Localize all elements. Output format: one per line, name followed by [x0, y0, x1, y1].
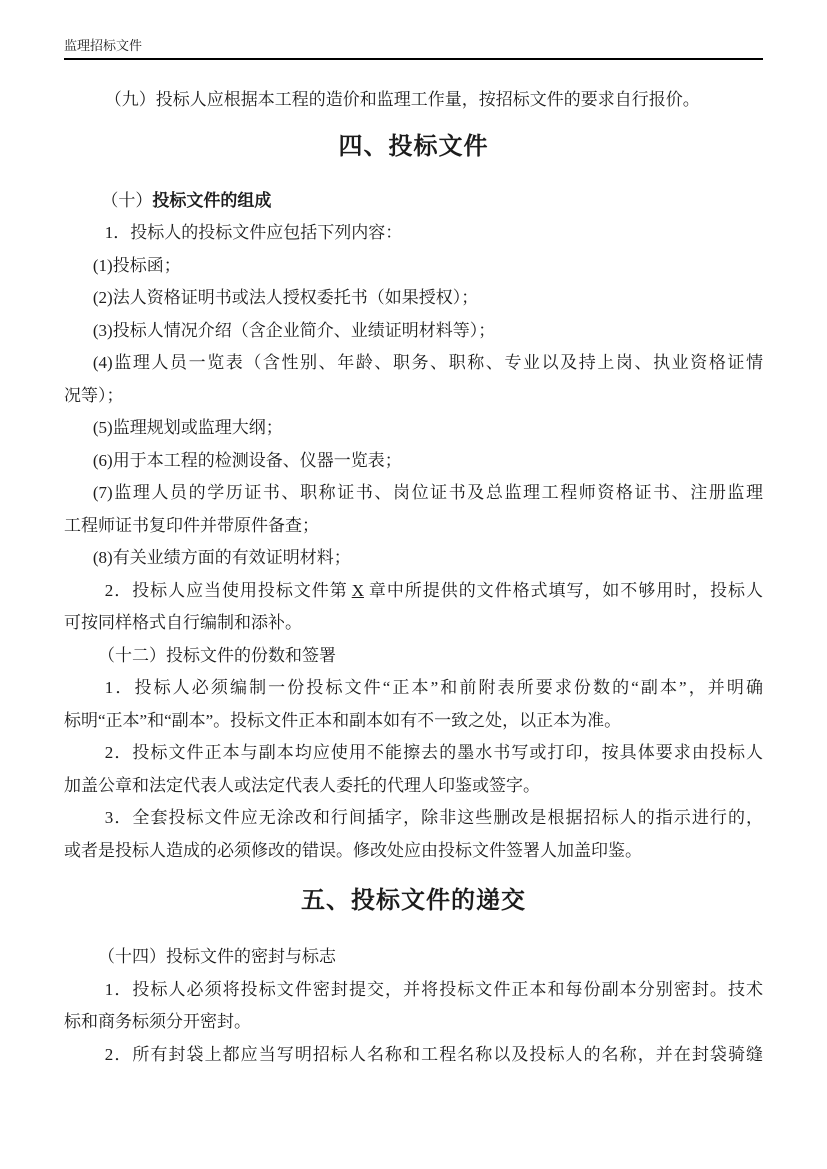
text-line: 工程师证书复印件并带原件备查；	[64, 510, 763, 543]
list-item-7: (7)监理人员的学历证书、职称证书、岗位证书及总监理工程师资格证书、注册监理工程…	[64, 477, 763, 542]
list-item-5: (5)监理规划或监理大纲；	[64, 412, 763, 445]
paragraph-sealing-1: 1．投标人必须将投标文件密封提交，并将投标文件正本和每份副本分别密封。技术标和商…	[64, 974, 763, 1039]
document-page: 监理招标文件 （九）投标人应根据本工程的造价和监理工作量，按招标文件的要求自行报…	[0, 0, 827, 1169]
paragraph-clause-9: （九）投标人应根据本工程的造价和监理工作量，按招标文件的要求自行报价。	[64, 84, 763, 117]
text-line: (4)监理人员一览表（含性别、年龄、职务、职称、专业以及持上岗、执业资格证情	[64, 347, 763, 380]
text-line: 2．所有封袋上都应当写明招标人名称和工程名称以及投标人的名称，并在封袋骑缝	[64, 1039, 763, 1072]
text-line: (1)投标函；	[64, 250, 763, 283]
section-14-heading: （十四）投标文件的密封与标志	[64, 941, 763, 974]
text-line: 加盖公章和法定代表人或法定代表人委托的代理人印鉴或签字。	[64, 770, 763, 803]
text-line: 1．投标人必须编制一份投标文件“正本”和前附表所要求份数的“副本”，并明确	[64, 672, 763, 705]
format-rule-line2: 可按同样格式自行编制和添补。	[64, 613, 302, 632]
page-header: 监理招标文件	[64, 38, 763, 60]
section-10-title: 投标文件的组成	[152, 191, 271, 210]
chapter-4-heading: 四、投标文件	[64, 129, 763, 165]
header-title: 监理招标文件	[64, 38, 142, 53]
paragraph-contents-intro: 1．投标人的投标文件应包括下列内容：	[64, 217, 763, 250]
format-rule-post: 章中所提供的文件格式填写，如不够用时，投标人	[368, 581, 763, 600]
text-line: (2)法人资格证明书或法人授权委托书（如果授权）；	[64, 282, 763, 315]
list-item-8: (8)有关业绩方面的有效证明材料；	[64, 542, 763, 575]
text-line: 1．投标人的投标文件应包括下列内容：	[64, 217, 763, 250]
list-item-2: (2)法人资格证明书或法人授权委托书（如果授权）；	[64, 282, 763, 315]
text-line: (6)用于本工程的检测设备、仪器一览表；	[64, 445, 763, 478]
text-line: (5)监理规划或监理大纲；	[64, 412, 763, 445]
paragraph-copies-3: 3．全套投标文件应无涂改和行间插字，除非这些删改是根据招标人的指示进行的，或者是…	[64, 802, 763, 867]
paragraph-format-rule: 2．投标人应当使用投标文件第X章中所提供的文件格式填写，如不够用时，投标人 可按…	[64, 575, 763, 640]
text-line: (3)投标人情况介绍（含企业简介、业绩证明材料等）；	[64, 315, 763, 348]
section-10-heading: （十）投标文件的组成	[64, 185, 763, 218]
text-line: 3．全套投标文件应无涂改和行间插字，除非这些删改是根据招标人的指示进行的，	[64, 802, 763, 835]
chapter-5-heading: 五、投标文件的递交	[64, 883, 763, 919]
list-item-3: (3)投标人情况介绍（含企业简介、业绩证明材料等）；	[64, 315, 763, 348]
paragraph-copies-2: 2．投标文件正本与副本均应使用不能擦去的墨水书写或打印，按具体要求由投标人加盖公…	[64, 737, 763, 802]
section-10-label: （十）	[101, 191, 152, 210]
list-item-4: (4)监理人员一览表（含性别、年龄、职务、职称、专业以及持上岗、执业资格证情况等…	[64, 347, 763, 412]
paragraph-sealing-2: 2．所有封袋上都应当写明招标人名称和工程名称以及投标人的名称，并在封袋骑缝	[64, 1039, 763, 1072]
text-line: 2．投标文件正本与副本均应使用不能擦去的墨水书写或打印，按具体要求由投标人	[64, 737, 763, 770]
format-rule-pre: 2．投标人应当使用投标文件第	[105, 581, 348, 600]
section-12-heading: （十二）投标文件的份数和签署	[64, 640, 763, 673]
section-12-label: （十二）投标文件的份数和签署	[98, 646, 336, 665]
text-line: 或者是投标人造成的必须修改的错误。修改处应由投标文件签署人加盖印鉴。	[64, 835, 763, 868]
text-line: 标和商务标须分开密封。	[64, 1006, 763, 1039]
list-item-6: (6)用于本工程的检测设备、仪器一览表；	[64, 445, 763, 478]
chapter-placeholder-underlined: X	[348, 581, 368, 600]
section-14-label: （十四）投标文件的密封与标志	[98, 947, 336, 966]
text-line: 标明“正本”和“副本”。投标文件正本和副本如有不一致之处，以正本为准。	[64, 705, 763, 738]
text-line: （九）投标人应根据本工程的造价和监理工作量，按招标文件的要求自行报价。	[64, 84, 763, 117]
text-line: 1．投标人必须将投标文件密封提交，并将投标文件正本和每份副本分别密封。技术	[64, 974, 763, 1007]
list-item-1: (1)投标函；	[64, 250, 763, 283]
paragraph-copies-1: 1．投标人必须编制一份投标文件“正本”和前附表所要求份数的“副本”，并明确标明“…	[64, 672, 763, 737]
text-line: (7)监理人员的学历证书、职称证书、岗位证书及总监理工程师资格证书、注册监理	[64, 477, 763, 510]
text-line: 况等）；	[64, 380, 763, 413]
text-line: (8)有关业绩方面的有效证明材料；	[64, 542, 763, 575]
